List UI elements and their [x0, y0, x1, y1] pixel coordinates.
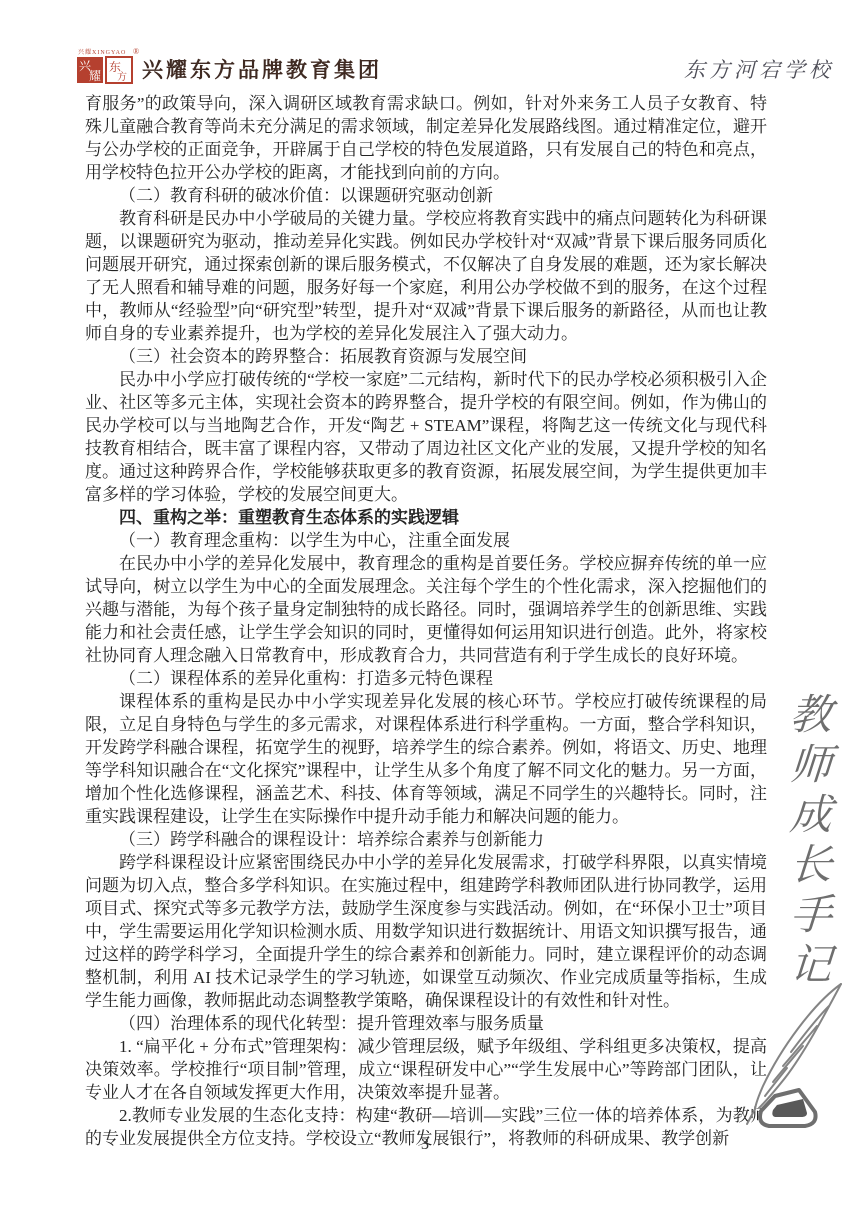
calligraphy-char: 师 — [780, 740, 841, 790]
school-name: 东方河宕学校 — [684, 54, 834, 84]
paragraph: （一）教育理念重构：以学生为中心，注重全面发展 — [85, 529, 767, 552]
paragraph: 教育科研是民办中小学破局的关键力量。学校应将教育实践中的痛点问题转化为科研课题，… — [85, 207, 767, 345]
paragraph: （三）跨学科融合的课程设计：培养综合素养与创新能力 — [85, 828, 767, 851]
document-body: 育服务”的政策导向，深入调研区域教育需求缺口。例如，针对外来务工人员子女教育、特… — [85, 92, 767, 1150]
paragraph: 育服务”的政策导向，深入调研区域教育需求缺口。例如，针对外来务工人员子女教育、特… — [85, 92, 767, 184]
registered-mark: ® — [133, 47, 139, 56]
paragraph: 1. “扁平化 + 分布式”管理架构：减少管理层级，赋予年级组、学科组更多决策权… — [85, 1035, 767, 1104]
calligraphy-char: 手 — [780, 890, 841, 940]
paragraph: （三）社会资本的跨界整合：拓展教育资源与发展空间 — [85, 345, 767, 368]
quill-and-ink-icon — [733, 978, 848, 1138]
logo-latin-text: 兴耀XINGYAO — [78, 48, 126, 56]
paragraph: （二）课程体系的差异化重构：打造多元特色课程 — [85, 667, 767, 690]
brand-seal-icon: 兴耀XINGYAO 兴 耀 东 方 ® — [76, 46, 140, 90]
paragraph: 民办中小学应打破传统的“学校一家庭”二元结构，新时代下的民办学校必须积极引入企业… — [85, 368, 767, 506]
paragraph: 课程体系的重构是民办中小学实现差异化发展的核心环节。学校应打破传统课程的局限，立… — [85, 690, 767, 828]
brand-logo: 兴耀XINGYAO 兴 耀 东 方 ® — [76, 46, 140, 90]
calligraphy-char: 教 — [780, 690, 841, 740]
calligraphy-text: 教师成长手记 — [782, 690, 840, 990]
svg-text:方: 方 — [117, 70, 127, 83]
ink-bottle-icon — [760, 1090, 816, 1126]
paragraph: 四、重构之举：重塑教育生态体系的实践逻辑 — [85, 506, 767, 529]
page-number: 3 — [0, 1136, 850, 1154]
calligraphy-char: 长 — [780, 840, 841, 890]
brand-name: 兴耀东方品牌教育集团 — [142, 54, 382, 84]
document-page: 兴耀XINGYAO 兴 耀 东 方 ® 兴耀东方品牌教育集团 东方河宕学校 育服… — [0, 0, 850, 1205]
paragraph: 在民办中小学的差异化发展中，教育理念的重构是首要任务。学校应摒弃传统的单一应试导… — [85, 552, 767, 667]
paragraph: 跨学科课程设计应紧密围绕民办中小学的差异化发展需求，打破学科界限，以真实情境问题… — [85, 851, 767, 1012]
paragraph: （四）治理体系的现代化转型：提升管理效率与服务质量 — [85, 1012, 767, 1035]
paragraph: （二）教育科研的破冰价值：以课题研究驱动创新 — [85, 184, 767, 207]
svg-text:耀: 耀 — [89, 68, 101, 83]
calligraphy-char: 成 — [780, 790, 841, 840]
